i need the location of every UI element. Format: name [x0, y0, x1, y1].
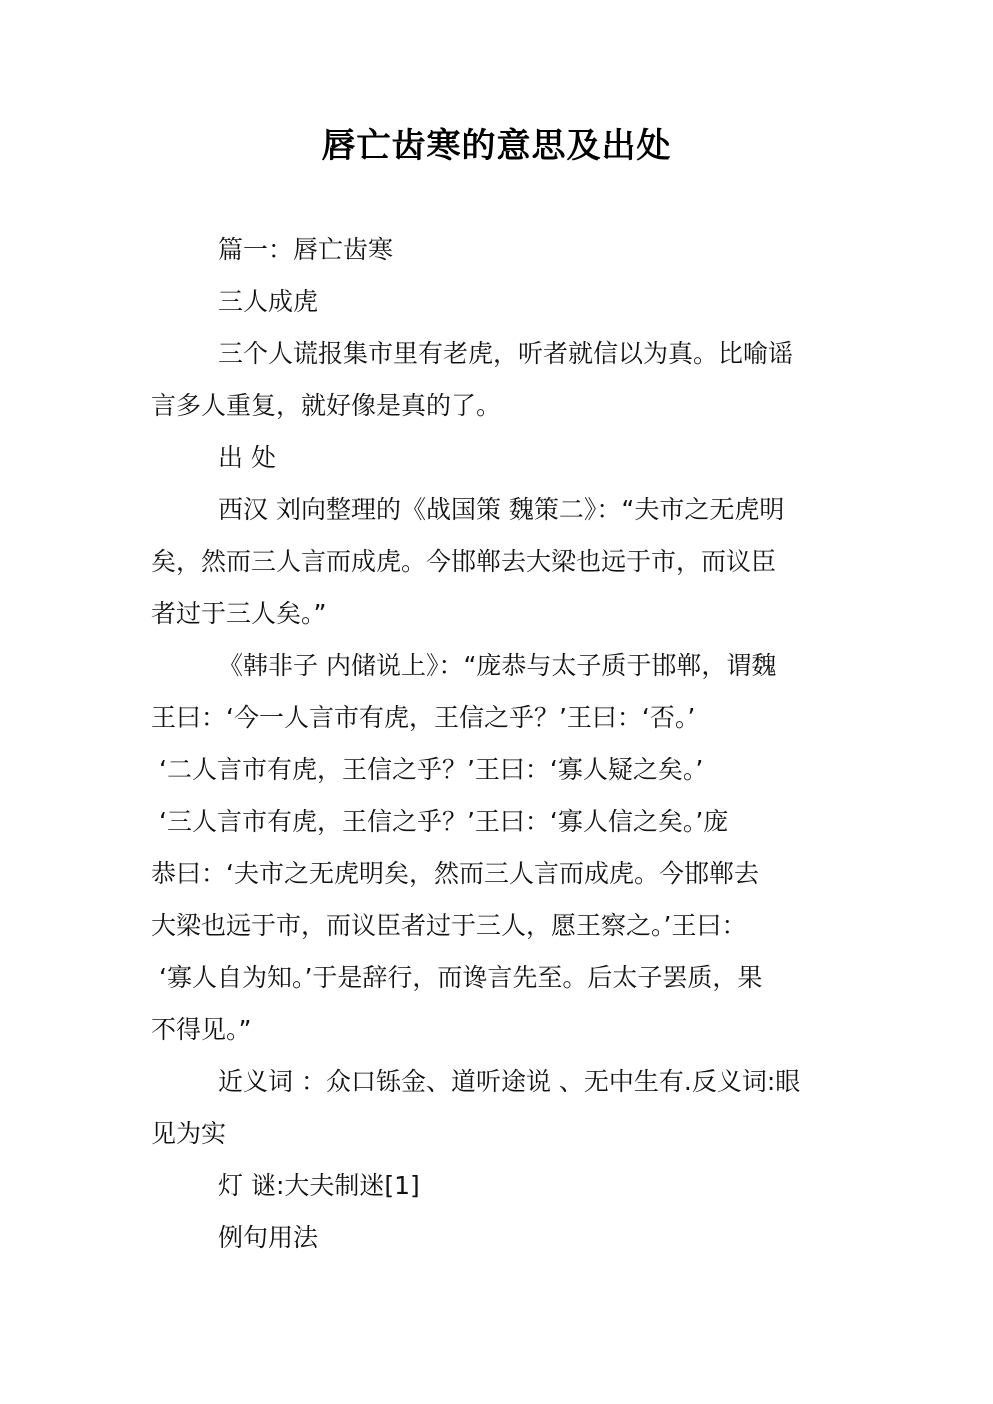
- paragraph-line: ‘寡人自为知。’于是辞行，而谗言先至。后太子罢质，果: [151, 952, 851, 1004]
- paragraph-line: 恭曰：‘夫市之无虎明矣，然而三人言而成虎。今邯郸去: [151, 848, 851, 900]
- paragraph-line: 不得见。”: [151, 1004, 851, 1056]
- paragraph-line: 言多人重复，就好像是真的了。: [151, 380, 851, 432]
- paragraph-line: 西汉 刘向整理的《战国策 魏策二》：“夫市之无虎明: [151, 484, 851, 536]
- document-title: 唇亡齿寒的意思及出处: [0, 120, 993, 172]
- document-body: 篇一：唇亡齿寒 三人成虎 三个人谎报集市里有老虎，听者就信以为真。比喻谣 言多人…: [151, 224, 851, 1264]
- usage-heading: 例句用法: [151, 1212, 851, 1264]
- paragraph-line: 者过于三人矣。”: [151, 588, 851, 640]
- synonyms-line: 见为实: [151, 1108, 851, 1160]
- source-heading: 出 处: [151, 432, 851, 484]
- section-heading: 篇一：唇亡齿寒: [151, 224, 851, 276]
- paragraph-line: 王曰：‘今一人言市有虎，王信之乎？’王曰：‘否。’: [151, 692, 851, 744]
- idiom-heading: 三人成虎: [151, 276, 851, 328]
- document-page: 唇亡齿寒的意思及出处 篇一：唇亡齿寒 三人成虎 三个人谎报集市里有老虎，听者就信…: [0, 0, 993, 1404]
- paragraph-line: ‘二人言市有虎，王信之乎？’王曰：‘寡人疑之矣。’: [151, 744, 851, 796]
- paragraph-line: 三个人谎报集市里有老虎，听者就信以为真。比喻谣: [151, 328, 851, 380]
- synonyms-line: 近义词 ：众口铄金、道听途说 、无中生有.反义词:眼: [151, 1056, 851, 1108]
- riddle-line: 灯 谜:大夫制迷[1]: [151, 1160, 851, 1212]
- paragraph-line: 《韩非子 内储说上》：“庞恭与太子质于邯郸，谓魏: [151, 640, 851, 692]
- paragraph-line: 矣，然而三人言而成虎。今邯郸去大梁也远于市，而议臣: [151, 536, 851, 588]
- paragraph-line: ‘三人言市有虎，王信之乎？’王曰：‘寡人信之矣。’庞: [151, 796, 851, 848]
- paragraph-line: 大梁也远于市，而议臣者过于三人，愿王察之。’王曰：: [151, 900, 851, 952]
